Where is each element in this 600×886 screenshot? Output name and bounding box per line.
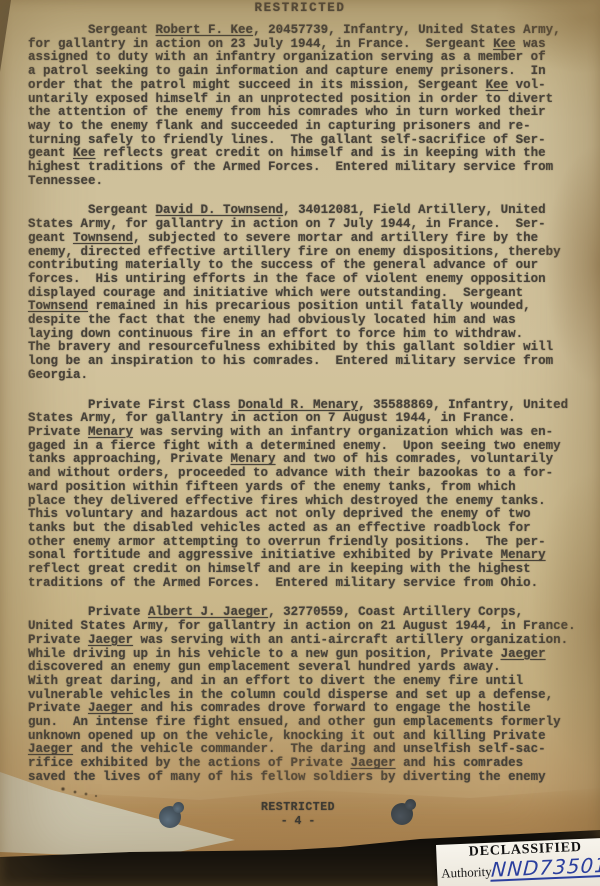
underlined-name: Jaeger — [88, 633, 133, 647]
punch-hole-right — [391, 803, 413, 825]
underlined-name: Menary — [501, 548, 546, 562]
classification-footer: RESTRICTED — [0, 801, 596, 814]
text-run: ward position within fifteen yards of th… — [28, 480, 516, 494]
paragraph: Sergeant David D. Townsend, 34012081, Fi… — [28, 204, 588, 382]
text-run: With great daring, and in an effort to d… — [28, 674, 523, 688]
text-line: rifice exhibited by the actions of Priva… — [28, 757, 588, 771]
text-line: Private Jaeger was serving with an anti-… — [28, 634, 588, 648]
text-run: highest traditions of the Armed Forces. … — [28, 160, 553, 174]
text-line: United States Army, for gallantry in act… — [28, 620, 588, 634]
text-line: sonal fortitude and aggressive initiativ… — [28, 549, 588, 563]
text-run: was — [516, 37, 546, 51]
text-run: States Army, for gallantry in action on … — [28, 411, 516, 425]
text-run: vulnerable vehicles in the column could … — [28, 688, 553, 702]
text-run: was serving with an infantry organizatio… — [133, 425, 553, 439]
text-run: , 20457739, Infantry, United States Army… — [253, 23, 561, 37]
text-run: despite the fact that the enemy had obvi… — [28, 313, 516, 327]
text-run: , subjected to severe mortar and artille… — [133, 231, 538, 245]
text-run: Sergeant — [28, 203, 156, 217]
document-body: Sergeant Robert F. Kee, 20457739, Infant… — [28, 24, 588, 801]
underlined-name: David D. Townsend — [156, 203, 284, 217]
text-line: long be an inspiration to his comrades. … — [28, 355, 588, 369]
text-run: place they delivered effective fires whi… — [28, 494, 546, 508]
text-run: untarily exposed himself in an unprotect… — [28, 92, 553, 106]
underlined-name: Menary — [88, 425, 133, 439]
text-run: This voluntary and hazardous act not onl… — [28, 507, 531, 521]
text-line: discovered an enemy gun emplacement seve… — [28, 661, 588, 675]
underlined-name: Jaeger — [351, 756, 396, 770]
text-line: the attention of the enemy from his comr… — [28, 106, 588, 120]
underlined-name: Menary — [231, 452, 276, 466]
stamp-authority-label: Authority — [441, 864, 492, 884]
text-run: contributing materially to the success o… — [28, 258, 538, 272]
text-run: enemy, directed effective artillery fire… — [28, 245, 561, 259]
document-scan: RESTRICTED Sergeant Robert F. Kee, 20457… — [0, 0, 600, 886]
text-line: way to the enemy flank and succeeded in … — [28, 120, 588, 134]
text-run: While driving up in his vehicle to a new… — [28, 647, 501, 661]
classification-header: RESTRICTED — [0, 1, 600, 15]
text-line: reflect great credit on himself and are … — [28, 563, 588, 577]
text-run: traditions of the Armed Forces. Entered … — [28, 576, 538, 590]
underlined-name: Kee — [486, 78, 509, 92]
text-run: rifice exhibited by the actions of Priva… — [28, 756, 351, 770]
text-run: States Army, for gallantry in action on … — [28, 217, 546, 231]
text-run: geant — [28, 146, 73, 160]
text-run: reflects great credit on himself and is … — [96, 146, 546, 160]
text-line: States Army, for gallantry in action on … — [28, 218, 588, 232]
text-line: Private Jaeger and his comrades drove fo… — [28, 702, 588, 716]
page-footer: RESTRICTED - 4 - — [0, 801, 596, 828]
underlined-name: Jaeger — [501, 647, 546, 661]
text-line: highest traditions of the Armed Forces. … — [28, 161, 588, 175]
paragraph: Private First Class Donald R. Menary, 35… — [28, 399, 588, 591]
text-line: Townsend remained in his precarious posi… — [28, 300, 588, 314]
text-run: remained in his precarious position unti… — [88, 299, 531, 313]
text-line: and without orders, proceeded to advance… — [28, 467, 588, 481]
underlined-name: Albert J. Jaeger — [148, 605, 268, 619]
underlined-name: Townsend — [73, 231, 133, 245]
text-run: The bravery and resourcefulness exhibite… — [28, 340, 553, 354]
text-run: and the vehicle commander. The daring an… — [73, 742, 546, 756]
text-run: Private — [28, 633, 88, 647]
text-line: States Army, for gallantry in action on … — [28, 412, 588, 426]
text-run: Tennessee. — [28, 174, 103, 188]
text-line: traditions of the Armed Forces. Entered … — [28, 577, 588, 591]
text-run: Private — [28, 425, 88, 439]
text-run: for gallantry in action on 23 July 1944,… — [28, 37, 493, 51]
stamp-authority-number-handwritten: NND735017 — [490, 854, 600, 882]
underlined-name: Jaeger — [28, 742, 73, 756]
text-run: unknown opened up on the vehicle, knocki… — [28, 729, 546, 743]
text-line: saved the lives of many of his fellow so… — [28, 771, 588, 785]
text-line: despite the fact that the enemy had obvi… — [28, 314, 588, 328]
text-run: and without orders, proceeded to advance… — [28, 466, 553, 480]
text-line: This voluntary and hazardous act not onl… — [28, 508, 588, 522]
text-run: gun. An intense fire fight ensued, and o… — [28, 715, 561, 729]
text-run: Private — [28, 701, 88, 715]
text-line: a patrol seeking to gain information and… — [28, 65, 588, 79]
text-run: , 35588869, Infantry, United — [358, 398, 568, 412]
text-run: a patrol seeking to gain information and… — [28, 64, 546, 78]
text-run: , 34012081, Field Artillery, United — [283, 203, 546, 217]
text-line: ward position within fifteen yards of th… — [28, 481, 588, 495]
text-line: With great daring, and in an effort to d… — [28, 675, 588, 689]
text-run: Private — [28, 605, 148, 619]
text-line: order that the patrol might succeed in i… — [28, 79, 588, 93]
text-run: and his comrades — [396, 756, 524, 770]
declassified-stamp: DECLASSIFIED Authority NND735017 — [436, 838, 600, 886]
underlined-name: Townsend — [28, 299, 88, 313]
underlined-name: Kee — [73, 146, 96, 160]
page-number: - 4 - — [0, 815, 596, 828]
text-line: contributing materially to the success o… — [28, 259, 588, 273]
text-run: way to the enemy flank and succeeded in … — [28, 119, 531, 133]
text-run: Georgia. — [28, 368, 88, 382]
text-line: geant Townsend, subjected to severe mort… — [28, 232, 588, 246]
text-run: discovered an enemy gun emplacement seve… — [28, 660, 501, 674]
text-run: and his comrades drove forward to engage… — [133, 701, 531, 715]
text-run: and two of his comrades, voluntarily — [276, 452, 554, 466]
text-run: gaged in a fierce fight with a determine… — [28, 439, 561, 453]
text-line: Sergeant Robert F. Kee, 20457739, Infant… — [28, 24, 588, 38]
underlined-name: Donald R. Menary — [238, 398, 358, 412]
text-run: laying down continuous fire in an effort… — [28, 327, 523, 341]
underlined-name: Robert F. Kee — [156, 23, 254, 37]
text-run: other enemy armor attempting to overrun … — [28, 535, 546, 549]
text-run: the attention of the enemy from his comr… — [28, 105, 546, 119]
text-run: turning safely to friendly lines. The ga… — [28, 133, 546, 147]
text-run: , 32770559, Coast Artillery Corps, — [268, 605, 523, 619]
text-run: United States Army, for gallantry in act… — [28, 619, 576, 633]
text-run: sonal fortitude and aggressive initiativ… — [28, 548, 501, 562]
text-line: tanks but the disabled vehicles acted as… — [28, 522, 588, 536]
text-run: Sergeant — [28, 23, 156, 37]
text-run: was serving with an anti-aircraft artill… — [133, 633, 568, 647]
text-line: Georgia. — [28, 369, 588, 383]
text-run: forces. His untiring efforts in the face… — [28, 272, 546, 286]
paragraph: Sergeant Robert F. Kee, 20457739, Infant… — [28, 24, 588, 188]
text-line: Tennessee. — [28, 175, 588, 189]
text-line: forces. His untiring efforts in the face… — [28, 273, 588, 287]
text-run: geant — [28, 231, 73, 245]
text-run: displayed courage and initiative which w… — [28, 286, 523, 300]
punch-hole-left — [159, 806, 181, 828]
text-run: assigned to duty with an infantry organi… — [28, 50, 546, 64]
text-run: reflect great credit on himself and are … — [28, 562, 531, 576]
text-run: tanks approaching, Private — [28, 452, 231, 466]
text-run: vol- — [508, 78, 546, 92]
text-run: saved the lives of many of his fellow so… — [28, 770, 546, 784]
text-run: long be an inspiration to his comrades. … — [28, 354, 553, 368]
text-run: tanks but the disabled vehicles acted as… — [28, 521, 531, 535]
text-run: Private First Class — [28, 398, 238, 412]
underlined-name: Kee — [493, 37, 516, 51]
underlined-name: Jaeger — [88, 701, 133, 715]
text-run: order that the patrol might succeed in i… — [28, 78, 486, 92]
text-line: gun. An intense fire fight ensued, and o… — [28, 716, 588, 730]
text-line: Private Menary was serving with an infan… — [28, 426, 588, 440]
text-line: geant Kee reflects great credit on himse… — [28, 147, 588, 161]
paragraph: Private Albert J. Jaeger, 32770559, Coas… — [28, 606, 588, 784]
